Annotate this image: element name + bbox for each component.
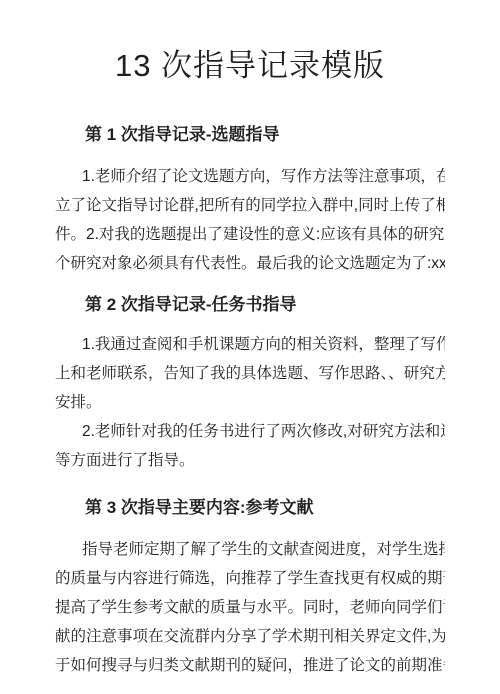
section-1-paragraph: 1.老师介绍了论文选题方向，写作方法等注意事项，在 Q0 上建 立了论文指导讨论…: [55, 162, 445, 278]
section-2: 第 2 次指导记录-任务书指导 1.我通过查阅和手机课题方向的相关资料，整理了写…: [55, 294, 445, 475]
section-3: 第 3 次指导主要内容:参考文献 指导老师定期了解了学生的文献查阅进度，对学生选…: [55, 497, 445, 680]
section-1-heading: 第 1 次指导记录-选题指导: [85, 124, 445, 146]
text-line: 件。2.对我的选题提出了建设性的意义:应该有具体的研究对象，且这: [55, 220, 445, 249]
text-line: 于如何搜寻与归类文献期刊的疑问，推进了论文的前期准备工作: [55, 651, 445, 680]
section-3-paragraph: 指导老师定期了解了学生的文献查阅进度，对学生选择参考文献 的质量与内容进行筛选，…: [55, 535, 445, 680]
doc-title: 13 次指导记录模版: [55, 0, 445, 86]
text-line: 献的注意事项在交流群内分享了学术期刊相关界定文件,为学生解关: [55, 622, 445, 651]
section-1: 第 1 次指导记录-选题指导 1.老师介绍了论文选题方向，写作方法等注意事项，在…: [55, 124, 445, 278]
text-line: 等方面进行了指导。: [55, 446, 445, 475]
section-2-heading: 第 2 次指导记录-任务书指导: [85, 294, 445, 316]
section-3-heading: 第 3 次指导主要内容:参考文献: [85, 497, 445, 519]
text-line: 1.我通过查阅和手机课题方向的相关资料，整理了写作思路，线: [55, 330, 445, 359]
text-line: 提高了学生参考文献的质量与水平。同时，老师向同学们讲解查找文: [55, 593, 445, 622]
text-line: 上和老师联系，告知了我的具体选题、写作思路、、研究方案和时间: [55, 359, 445, 388]
text-line: 安排。: [55, 388, 445, 417]
document-page: 13 次指导记录模版 第 1 次指导记录-选题指导 1.老师介绍了论文选题方向，…: [0, 0, 500, 694]
text-line: 指导老师定期了解了学生的文献查阅进度，对学生选择参考文献: [55, 535, 445, 564]
text-line: 立了论文指导讨论群,把所有的同学拉入群中,同时上传了相关学习文: [55, 191, 445, 220]
text-line: 个研究对象必须具有代表性。最后我的论文选题定为了:xxxxxxx。: [55, 249, 445, 278]
text-line: 2.老师针对我的任务书进行了两次修改,对研究方法和进度安排: [55, 417, 445, 446]
text-line: 1.老师介绍了论文选题方向，写作方法等注意事项，在 Q0 上建: [55, 162, 445, 191]
text-line: 的质量与内容进行筛选，向推荐了学生查找更有权威的期刊、文献，: [55, 564, 445, 593]
section-2-paragraph: 1.我通过查阅和手机课题方向的相关资料，整理了写作思路，线 上和老师联系，告知了…: [55, 330, 445, 475]
